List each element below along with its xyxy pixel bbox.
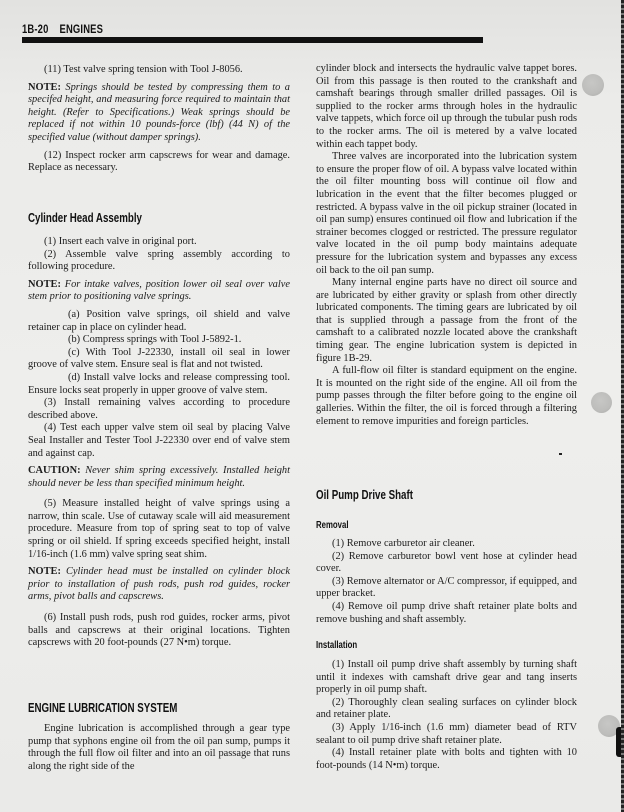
cha-step-4: (4) Test each upper valve stem oil seal … [28,422,290,460]
removal-step-3: (3) Remove alternator or A/C compressor,… [316,576,577,601]
note-intake-valves: NOTE: For intake valves, position lower … [28,279,290,304]
cha-step-2: (2) Assemble valve spring assembly accor… [28,249,290,274]
lubrication-para-3: Many internal engine parts have no direc… [316,277,577,365]
binder-hole-icon [591,392,612,413]
lubrication-para-2: Three valves are incorporated into the l… [316,151,577,277]
removal-step-1: (1) Remove carburetor air cleaner. [316,538,577,551]
lubrication-para-4: A full-flow oil filter is standard equip… [316,365,577,428]
manual-page: 1B-20 ENGINES (11) Test valve spring ten… [0,0,624,812]
note-text: Springs should be tested by compressing … [28,82,290,143]
note-text: For intake valves, position lower oil se… [28,279,290,303]
binder-hole-icon [582,74,604,96]
installation-step-4: (4) Install retainer plate with bolts an… [316,747,577,772]
installation-steps: (1) Install oil pump drive shaft assembl… [316,659,577,772]
left-column-lubrication: Engine lubrication is accomplished throu… [28,723,290,773]
heading-removal: Removal [316,520,349,531]
heading-installation: Installation [316,640,357,651]
left-column-top: (11) Test valve spring tension with Tool… [28,64,290,175]
running-header: 1B-20 ENGINES [22,24,103,36]
header-rule [22,37,483,43]
heading-engine-lubrication-system: ENGINE LUBRICATION SYSTEM [28,701,177,715]
right-column-top: cylinder block and intersects the hydrau… [316,63,577,428]
section-title: ENGINES [60,24,104,36]
installation-step-2: (2) Thoroughly clean sealing surfaces on… [316,697,577,722]
removal-step-4: (4) Remove oil pump drive shaft retainer… [316,601,577,626]
lubrication-para-1: cylinder block and intersects the hydrau… [316,63,577,151]
installation-step-1: (1) Install oil pump drive shaft assembl… [316,659,577,697]
page-number: 1B-20 [22,24,49,36]
note-text: Cylinder head must be installed on cylin… [28,566,290,602]
removal-step-2: (2) Remove carburetor bowl vent hose at … [316,551,577,576]
step-12: (12) Inspect rocker arm capscrews for we… [28,150,290,175]
cha-step-6: (6) Install push rods, push rod guides, … [28,612,290,650]
installation-step-3: (3) Apply 1/16-inch (1.6 mm) diameter be… [316,722,577,747]
heading-oil-pump-drive-shaft: Oil Pump Drive Shaft [316,488,413,502]
heading-cylinder-head-assembly: Cylinder Head Assembly [28,211,142,225]
cha-step-3: (3) Install remaining valves according t… [28,397,290,422]
print-speck [559,453,562,455]
cha-step-b: (b) Compress springs with Tool J-5892-1. [28,334,290,347]
cha-step-5: (5) Measure installed height of valve sp… [28,498,290,561]
cha-step-c: (c) With Tool J-22330, install oil seal … [28,347,290,372]
cha-step-1: (1) Insert each valve in original port. [28,236,290,249]
cha-step-a: (a) Position valve springs, oil shield a… [28,309,290,334]
step-11: (11) Test valve spring tension with Tool… [28,64,290,77]
note-label: NOTE: [28,566,61,577]
lubrication-intro: Engine lubrication is accomplished throu… [28,723,290,773]
caution-label: CAUTION: [28,465,81,476]
cha-step-d: (d) Install valve locks and release comp… [28,372,290,397]
left-column-cylinder-head: (1) Insert each valve in original port. … [28,236,290,650]
removal-steps: (1) Remove carburetor air cleaner. (2) R… [316,538,577,626]
note-label: NOTE: [28,82,61,93]
note-springs: NOTE: Springs should be tested by compre… [28,82,290,145]
note-label: NOTE: [28,279,61,290]
note-cylinder-head: NOTE: Cylinder head must be installed on… [28,566,290,604]
caution-shim: CAUTION: Never shim spring excessively. … [28,465,290,490]
